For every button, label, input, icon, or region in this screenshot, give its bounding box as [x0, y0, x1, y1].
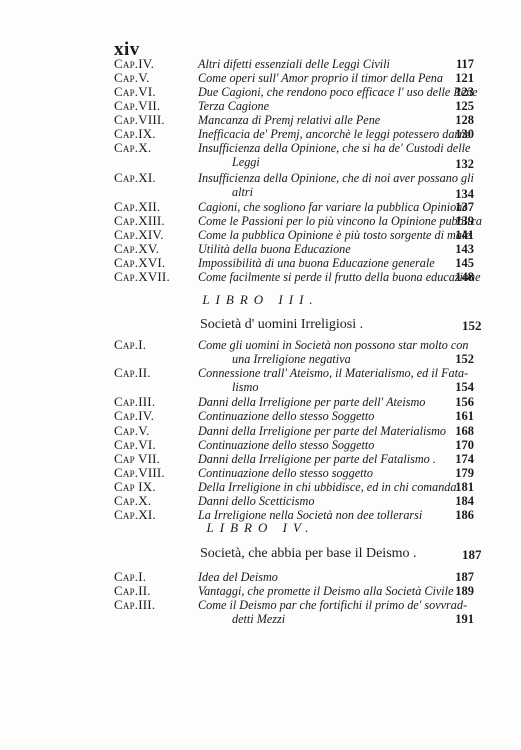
libro-iii-subtitle-page: 152: [462, 318, 482, 334]
chapter-title-continued: una Irreligione negativa: [232, 352, 351, 366]
chapter-title-continued: lismo: [232, 380, 258, 394]
chapter-title: Come le Passioni per lo più vincono la O…: [198, 214, 482, 228]
chapter-title: Connessione trall' Ateismo, il Materiali…: [198, 366, 468, 380]
chapter-number: Cap.XV.: [114, 242, 159, 256]
chapter-number: Cap.III.: [114, 598, 155, 612]
page-number: 137: [455, 200, 474, 214]
chapter-number: Cap.II.: [114, 366, 151, 380]
page-number: 181: [455, 480, 474, 494]
chapter-title: Cagioni, che sogliono far variare la pub…: [198, 200, 468, 214]
libro-iii-heading: LIBRO III.: [0, 292, 521, 308]
libro-iv-subtitle: Società, che abbia per base il Deismo .: [200, 546, 417, 562]
page-number: 187: [455, 570, 474, 584]
chapter-title: Insufficienza della Opinione, che si ha …: [198, 141, 470, 155]
page-number: 156: [455, 395, 474, 409]
page-number: 154: [455, 380, 474, 394]
chapter-title: Come il Deismo par che fortifichi il pri…: [198, 598, 467, 612]
chapter-number: Cap VII.: [114, 452, 160, 466]
chapter-title-continued: Leggi: [232, 155, 260, 169]
chapter-number: Cap.IV.: [114, 57, 154, 71]
chapter-number: Cap.IX.: [114, 127, 156, 141]
chapter-title: Inefficacia de' Premj, ancorchè le leggi…: [198, 127, 471, 141]
page-number: 148: [455, 270, 474, 284]
page-number: 152: [455, 352, 474, 366]
chapter-title: Danni della Irreligione per parte del Fa…: [198, 452, 436, 466]
chapter-title: Utilità della buona Educazione: [198, 242, 351, 256]
libro-iii-subtitle: Società d' uomini Irreligiosi .: [200, 317, 363, 333]
chapter-title: Impossibilità di una buona Educazione ge…: [198, 256, 435, 270]
page-number: 191: [455, 612, 474, 626]
chapter-number: Cap.I.: [114, 338, 146, 352]
chapter-title: Vantaggi, che promette il Deismo alla So…: [198, 584, 453, 598]
chapter-number: Cap.III.: [114, 395, 155, 409]
chapter-number: Cap.XVII.: [114, 270, 170, 284]
page-number: 189: [455, 584, 474, 598]
page-number: 174: [455, 452, 474, 466]
chapter-number: Cap.VII.: [114, 99, 160, 113]
chapter-title: Della Irreligione in chi ubbidisce, ed i…: [198, 480, 456, 494]
chapter-number: Cap.XIII.: [114, 214, 165, 228]
chapter-number: Cap.I.: [114, 570, 146, 584]
chapter-number: Cap.XII.: [114, 200, 160, 214]
chapter-title: Mancanza di Premj relativi alle Pene: [198, 113, 380, 127]
page-number: 170: [455, 438, 474, 452]
book-page: xiv Cap.IV. Altri difetti essenziali del…: [0, 0, 521, 750]
chapter-number: Cap.XIV.: [114, 228, 164, 242]
chapter-number: Cap.VI.: [114, 438, 156, 452]
chapter-title: Terza Cagione: [198, 99, 269, 113]
chapter-title: Danni dello Scetticismo: [198, 494, 314, 508]
page-number: 161: [455, 409, 474, 423]
chapter-title: Continuazione dello stesso Soggetto: [198, 409, 374, 423]
chapter-number: Cap.V.: [114, 71, 150, 85]
chapter-title: Continuazione dello stesso soggetto: [198, 466, 373, 480]
chapter-title: Danni della Irreligione per parte dell' …: [198, 395, 425, 409]
chapter-number: Cap.VI.: [114, 85, 156, 99]
libro-iv-heading: LIBRO IV.: [0, 520, 521, 536]
page-number: 125: [455, 99, 474, 113]
page-number: 128: [455, 113, 474, 127]
page-number: 145: [455, 256, 474, 270]
chapter-number: Cap.II.: [114, 584, 151, 598]
chapter-number: Cap.XI.: [114, 171, 156, 185]
chapter-title: Altri difetti essenziali delle Leggi Civ…: [198, 57, 390, 71]
chapter-title: Continuazione dello stesso Soggetto: [198, 438, 374, 452]
chapter-number: Cap.V.: [114, 424, 150, 438]
page-number: 134: [455, 187, 474, 201]
page-number: 121: [455, 71, 474, 85]
chapter-number: Cap.XVI.: [114, 256, 165, 270]
page-number: 139: [455, 214, 474, 228]
chapter-title: Idea del Deismo: [198, 570, 278, 584]
chapter-title: Danni della Irreligione per parte del Ma…: [198, 424, 446, 438]
page-number: 123: [455, 85, 474, 99]
chapter-number: Cap IX.: [114, 480, 156, 494]
page-number: 184: [455, 494, 474, 508]
chapter-number: Cap.VIII.: [114, 466, 165, 480]
chapter-title-continued: altri: [232, 185, 253, 199]
chapter-title: Come gli uomini in Società non possono s…: [198, 338, 469, 352]
libro-iv-subtitle-page: 187: [462, 547, 482, 563]
chapter-number: Cap.X.: [114, 141, 151, 155]
chapter-number: Cap.IV.: [114, 409, 154, 423]
page-number: 168: [455, 424, 474, 438]
page-number: 141: [455, 228, 474, 242]
page-number: 143: [455, 242, 474, 256]
page-number: 117: [456, 57, 474, 71]
page-number: 179: [455, 466, 474, 480]
chapter-title: Come operi sull' Amor proprio il timor d…: [198, 71, 443, 85]
chapter-title-continued: detti Mezzi: [232, 612, 285, 626]
chapter-number: Cap.VIII.: [114, 113, 165, 127]
chapter-title: Insufficienza della Opinione, che di noi…: [198, 171, 474, 185]
chapter-title: Come la pubblica Opinione è più tosto so…: [198, 228, 471, 242]
page-number: 130: [455, 127, 474, 141]
chapter-title: Come facilmente si perde il frutto della…: [198, 270, 481, 284]
chapter-number: Cap.X.: [114, 494, 151, 508]
chapter-title: Due Cagioni, che rendono poco efficace l…: [198, 85, 478, 99]
page-number: 132: [455, 157, 474, 171]
